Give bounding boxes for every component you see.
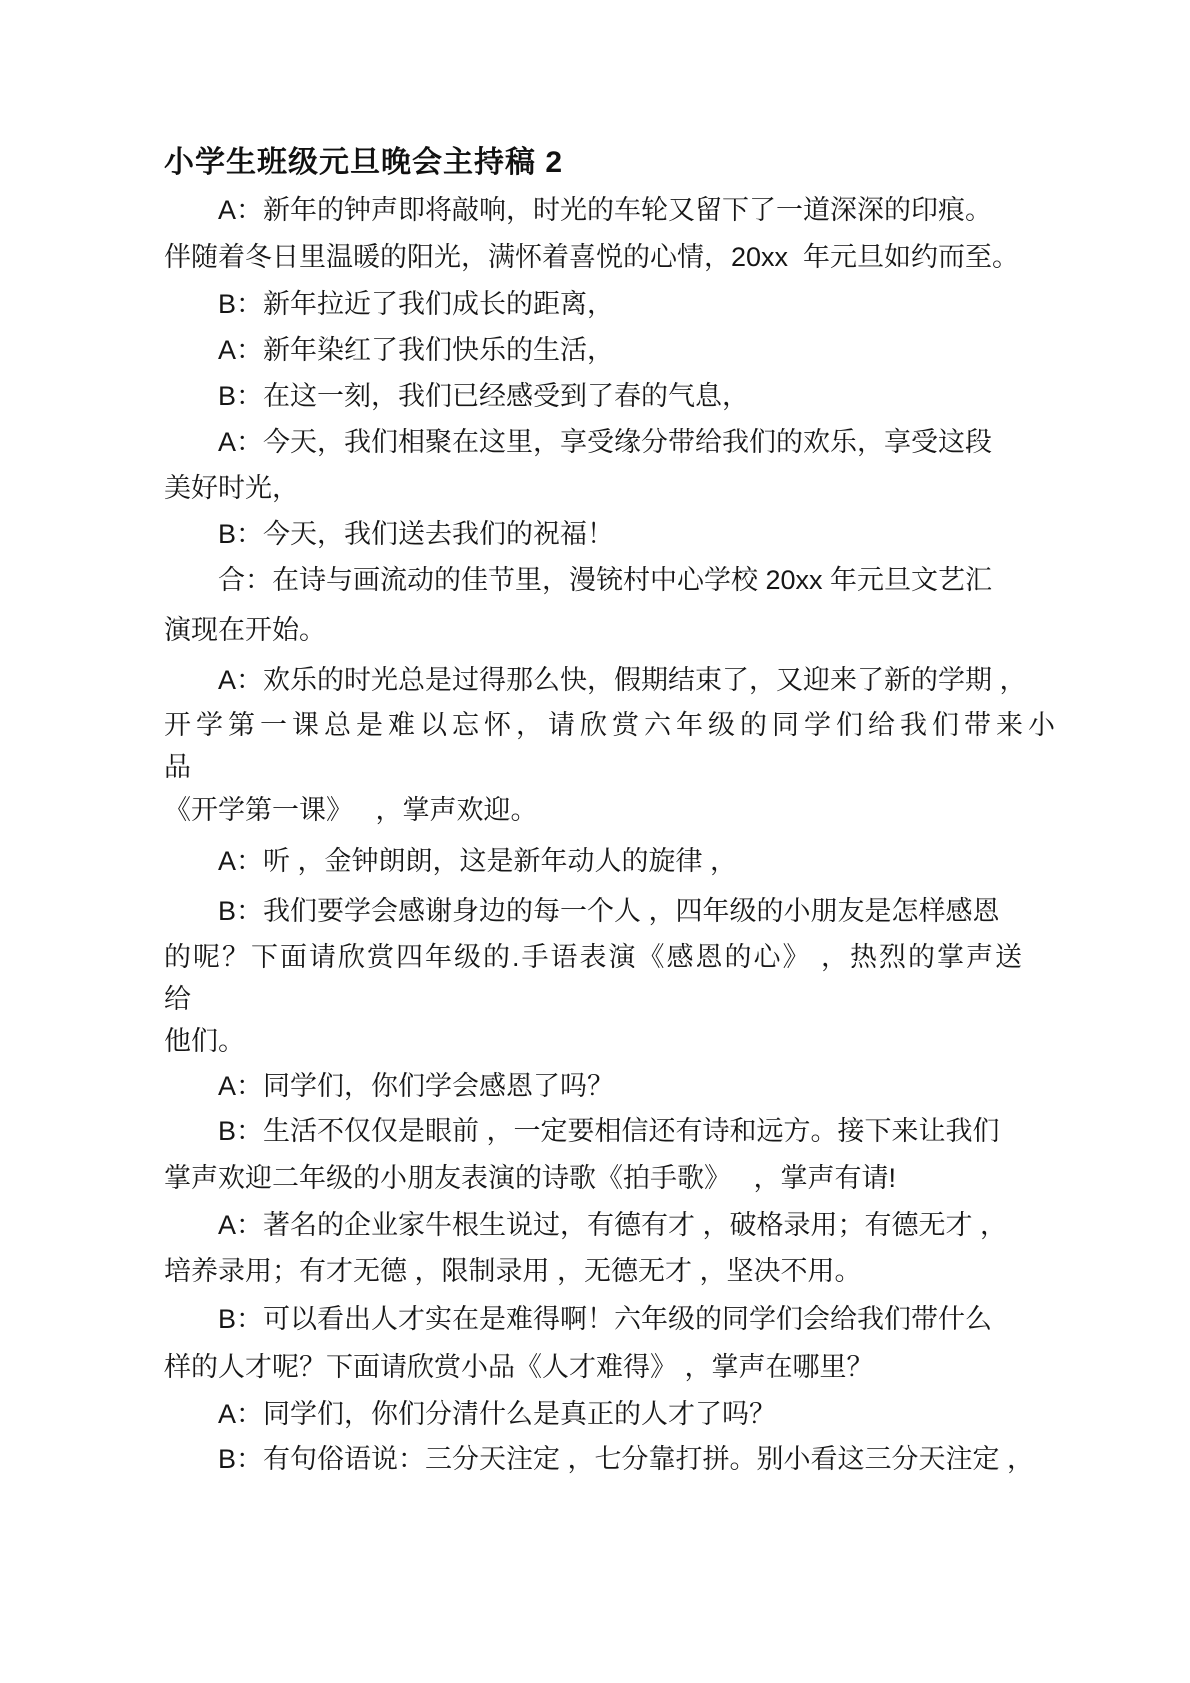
text-line: 开学第一课总是难以忘怀，请欣赏六年级的同学们给我们带来小 xyxy=(164,703,1026,748)
text-line: B：今天，我们送去我们的祝福！ xyxy=(164,511,1026,557)
text-line: A：今天，我们相聚在这里，享受缘分带给我们的欢乐，享受这段 xyxy=(164,419,1026,465)
text-line: A：著名的企业家牛根生说过，有德有才 ，破格录用；有德无才 ， xyxy=(164,1202,1026,1248)
text-line: 的呢？下面请欣赏四年级的.手语表演《感恩的心》 ，热烈的掌声送 xyxy=(164,934,1026,981)
text-line: B：可以看出人才实在是难得啊！六年级的同学们会给我们带什么 xyxy=(164,1295,1026,1343)
text-line: 样的人才呢？下面请欣赏小品《人才难得》 ，掌声在哪里？ xyxy=(164,1343,1026,1392)
text-line: A：同学们，你们分清什么是真正的人才了吗？ xyxy=(164,1392,1026,1436)
text-line: A：新年染红了我们快乐的生活， xyxy=(164,327,1026,373)
document-title: 小学生班级元旦晚会主持稿 2 xyxy=(164,138,1026,187)
text-line: 他们。 xyxy=(164,1018,1026,1065)
text-line: 演现在开始。 xyxy=(164,603,1026,657)
text-line: 伴随着冬日里温暖的阳光，满怀着喜悦的心情，20xx 年元旦如约而至。 xyxy=(164,233,1026,281)
text-line: 培养录用；有才无德 ，限制录用 ，无德无才 ，坚决不用。 xyxy=(164,1248,1026,1295)
document-body: A：新年的钟声即将敲响，时光的车轮又留下了一道深深的印痕。伴随着冬日里温暖的阳光… xyxy=(164,187,1026,1482)
text-line: A：听 ，金钟朗朗，这是新年动人的旋律 ， xyxy=(164,834,1026,889)
text-line: 美好时光， xyxy=(164,465,1026,511)
text-line: A：同学们，你们学会感恩了吗？ xyxy=(164,1065,1026,1108)
text-line: B：新年拉近了我们成长的距离， xyxy=(164,281,1026,327)
text-line: 给 xyxy=(164,981,1026,1018)
text-line: B：生活不仅仅是眼前 ，一定要相信还有诗和远方。接下来让我们 xyxy=(164,1108,1026,1155)
text-line: 合：在诗与画流动的佳节里，漫铳村中心学校 20xx 年元旦文艺汇 xyxy=(164,557,1026,603)
text-line: B：在这一刻，我们已经感受到了春的气息， xyxy=(164,373,1026,419)
text-line: A：新年的钟声即将敲响，时光的车轮又留下了一道深深的印痕。 xyxy=(164,187,1026,233)
text-line: 《开学第一课》 ，掌声欢迎。 xyxy=(164,786,1026,834)
document-page: 小学生班级元旦晚会主持稿 2 A：新年的钟声即将敲响，时光的车轮又留下了一道深深… xyxy=(0,0,1190,1683)
text-line: 品 xyxy=(164,748,1026,786)
text-line: A：欢乐的时光总是过得那么快，假期结束了，又迎来了新的学期 ， xyxy=(164,657,1026,703)
text-line: 掌声欢迎二年级的小朋友表演的诗歌《拍手歌》 ，掌声有请! xyxy=(164,1155,1026,1202)
text-line: B：我们要学会感谢身边的每一个人 ，四年级的小朋友是怎样感恩 xyxy=(164,889,1026,934)
text-line: B：有句俗语说：三分天注定 ，七分靠打拼。别小看这三分天注定 ， xyxy=(164,1436,1026,1482)
